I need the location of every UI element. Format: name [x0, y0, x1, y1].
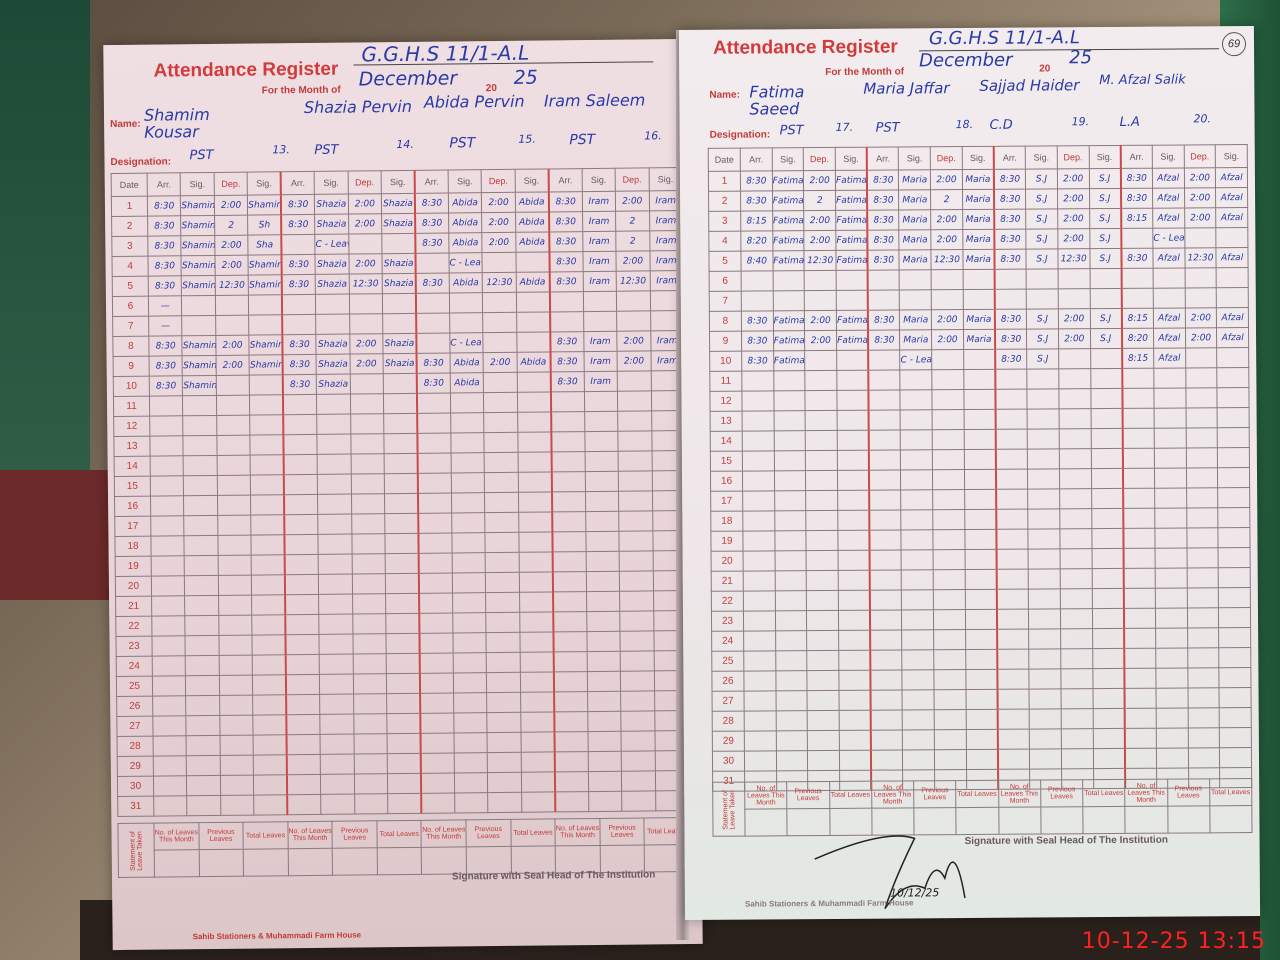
attendance-cell — [966, 729, 998, 749]
attendance-cell — [320, 694, 354, 714]
attendance-cell — [901, 450, 933, 470]
attendance-cell — [871, 710, 903, 730]
attendance-cell — [1154, 388, 1186, 408]
date-cell: 5 — [112, 276, 148, 296]
attendance-cell — [1186, 408, 1218, 428]
attendance-cell — [384, 433, 418, 453]
attendance-cell — [743, 531, 775, 551]
attendance-cell — [776, 691, 808, 711]
attendance-cell — [1187, 548, 1219, 568]
attendance-cell — [488, 752, 522, 772]
attendance-cell — [1219, 668, 1251, 688]
attendance-cell: 2:00 — [348, 194, 382, 214]
date-cell: 28 — [117, 736, 153, 756]
attendance-cell — [744, 711, 776, 731]
attendance-cell — [1187, 568, 1219, 588]
date-cell: 27 — [712, 691, 744, 711]
attendance-cell: Shamim — [182, 355, 216, 375]
attendance-cell — [383, 313, 417, 333]
previous-leaves-label: Previous Leaves — [199, 822, 244, 849]
attendance-cell — [1186, 428, 1218, 448]
attendance-cell — [966, 649, 998, 669]
attendance-cell — [903, 710, 935, 730]
attendance-cell: Shazia — [382, 213, 416, 233]
attendance-cell — [1090, 268, 1122, 288]
attendance-cell — [774, 391, 806, 411]
attendance-cell — [418, 453, 452, 473]
attendance-cell — [838, 470, 870, 490]
attendance-cell — [1058, 289, 1090, 309]
attendance-cell — [352, 554, 386, 574]
attendance-cell — [588, 751, 622, 771]
attendance-cell: 8:30 — [550, 332, 584, 352]
attendance-cell — [320, 714, 354, 734]
staff-sr-no: 17. — [836, 121, 854, 134]
attendance-cell: Shazia — [316, 374, 350, 394]
attendance-cell: 2:00 — [214, 195, 248, 215]
attendance-cell — [287, 794, 321, 814]
attendance-cell — [741, 291, 773, 311]
attendance-cell: 8:30 — [741, 311, 773, 331]
attendance-cell — [251, 535, 285, 555]
attendance-cell — [153, 716, 187, 736]
attendance-cell — [1156, 748, 1188, 768]
attendance-cell: Maria — [963, 249, 995, 269]
attendance-cell — [488, 772, 522, 792]
attendance-cell — [319, 654, 353, 674]
attendance-cell — [485, 552, 519, 572]
attendance-cell — [252, 655, 286, 675]
attendance-cell — [871, 730, 903, 750]
attendance-cell — [1185, 348, 1217, 368]
attendance-cell — [251, 515, 285, 535]
attendance-cell — [775, 591, 807, 611]
leaves-this-month-label: No. of Leaves This Month — [1125, 779, 1167, 806]
attendance-cell — [488, 792, 522, 812]
attendance-cell: 2:00 — [931, 310, 963, 330]
attendance-cell — [871, 670, 903, 690]
date-cell: 11 — [710, 371, 742, 391]
attendance-cell — [1155, 548, 1187, 568]
attendance-cell — [421, 793, 455, 813]
attendance-cell — [588, 771, 622, 791]
attendance-cell: 2:00 — [1185, 328, 1217, 348]
attendance-cell — [152, 656, 186, 676]
attendance-cell — [387, 713, 421, 733]
date-cell: 18 — [711, 511, 743, 531]
attendance-cell — [931, 290, 963, 310]
attendance-cell — [153, 756, 187, 776]
attendance-cell: 8:30 — [867, 210, 899, 230]
attendance-cell — [934, 670, 966, 690]
attendance-cell — [483, 292, 517, 312]
date-cell: 19 — [711, 531, 743, 551]
attendance-cell — [837, 410, 869, 430]
attendance-cell — [1060, 529, 1092, 549]
attendance-cell — [933, 590, 965, 610]
attendance-cell — [286, 654, 320, 674]
date-cell: 4 — [112, 256, 148, 276]
attendance-cell — [622, 771, 656, 791]
attendance-cell — [805, 390, 837, 410]
attendance-cell: 2:00 — [215, 255, 249, 275]
staff-designation: PST — [569, 132, 595, 148]
attendance-cell — [450, 393, 484, 413]
attendance-cell — [317, 454, 351, 474]
attendance-cell — [386, 593, 420, 613]
attendance-cell — [775, 531, 807, 551]
attendance-cell — [620, 651, 654, 671]
attendance-cell — [618, 431, 652, 451]
attendance-cell: 8:30 — [1121, 248, 1153, 268]
attendance-cell — [420, 653, 454, 673]
attendance-cell — [1187, 588, 1219, 608]
attendance-cell: 2:00 — [804, 210, 836, 230]
attendance-cell — [485, 492, 519, 512]
arr-header: Arr. — [867, 147, 899, 170]
attendance-cell: C - Leave — [900, 350, 932, 370]
attendance-cell: Maria — [962, 189, 994, 209]
attendance-cell: Maria — [900, 310, 932, 330]
attendance-cell: 2:00 — [216, 355, 250, 375]
attendance-cell: Shazia — [316, 334, 350, 354]
attendance-cell — [419, 633, 453, 653]
attendance-cell — [1124, 708, 1156, 728]
attendance-cell — [775, 631, 807, 651]
attendance-cell — [617, 311, 651, 331]
attendance-cell: 2:00 — [350, 354, 384, 374]
attendance-cell: 2:00 — [349, 254, 383, 274]
attendance-cell — [870, 650, 902, 670]
attendance-cell — [619, 571, 653, 591]
attendance-cell — [1185, 368, 1217, 388]
attendance-cell: Fatima — [836, 310, 868, 330]
previous-leaves-label: Previous Leaves — [466, 819, 511, 846]
staff-name: Fatima Saeed — [749, 83, 839, 118]
attendance-cell — [420, 673, 454, 693]
date-cell: 25 — [116, 676, 152, 696]
attendance-cell: Abida — [448, 193, 482, 213]
attendance-cell — [184, 495, 218, 515]
attendance-cell — [932, 370, 964, 390]
attendance-cell — [317, 394, 351, 414]
attendance-cell — [1092, 648, 1124, 668]
attendance-cell: 8:30 — [149, 336, 183, 356]
attendance-cell — [964, 409, 996, 429]
attendance-cell — [385, 513, 419, 533]
attendance-cell — [386, 673, 420, 693]
attendance-cell — [998, 689, 1030, 709]
attendance-cell — [1027, 429, 1059, 449]
attendance-cell — [583, 311, 617, 331]
attendance-cell — [150, 476, 184, 496]
staff-name: M. Afzal Salik — [1099, 72, 1199, 89]
attendance-cell — [807, 610, 839, 630]
attendance-cell — [998, 729, 1030, 749]
attendance-cell — [585, 451, 619, 471]
attendance-cell — [151, 556, 185, 576]
attendance-cell — [1091, 528, 1123, 548]
attendance-cell — [900, 290, 932, 310]
attendance-cell — [621, 691, 655, 711]
staff-designation: PST — [314, 143, 338, 158]
attendance-cell: 2:00 — [804, 230, 836, 250]
attendance-cell — [837, 350, 869, 370]
attendance-cell — [282, 234, 316, 254]
attendance-cell — [154, 796, 188, 816]
attendance-cell — [354, 734, 388, 754]
attendance-cell — [320, 754, 354, 774]
date-cell: 8 — [113, 336, 149, 356]
attendance-cell — [186, 695, 220, 715]
dep-header: Dep. — [481, 169, 515, 192]
attendance-cell — [774, 411, 806, 431]
attendance-cell: C - Leave — [315, 234, 349, 254]
designation-label: Designation: — [110, 156, 171, 168]
attendance-cell — [253, 695, 287, 715]
attendance-cell — [932, 410, 964, 430]
attendance-cell — [1155, 608, 1187, 628]
attendance-cell — [217, 475, 251, 495]
attendance-cell — [417, 393, 451, 413]
attendance-cell: 8:30 — [549, 192, 583, 212]
attendance-cell: 2 — [214, 215, 248, 235]
attendance-cell: Afzal — [1216, 248, 1248, 268]
attendance-cell — [1027, 409, 1059, 429]
attendance-cell — [1156, 728, 1188, 748]
attendance-cell — [805, 350, 837, 370]
attendance-cell: 2:00 — [805, 330, 837, 350]
attendance-cell — [744, 631, 776, 651]
designation-label: Designation: — [710, 129, 771, 140]
attendance-cell — [1123, 468, 1155, 488]
attendance-cell — [1091, 408, 1123, 428]
attendance-cell — [807, 690, 839, 710]
attendance-cell: Shazia — [316, 354, 350, 374]
attendance-cell — [1218, 428, 1250, 448]
attendance-cell — [184, 475, 218, 495]
attendance-cell: Sha — [248, 235, 282, 255]
attendance-cell — [1090, 388, 1122, 408]
attendance-cell — [586, 611, 620, 631]
attendance-cell — [1059, 429, 1091, 449]
attendance-cell — [454, 713, 488, 733]
leaves-this-month-label: No. of Leaves This Month — [745, 782, 787, 809]
attendance-cell — [352, 534, 386, 554]
attendance-cell — [520, 692, 554, 712]
total-leaves-label: Total Leaves — [1083, 779, 1125, 806]
attendance-cell: 8:30 — [549, 212, 583, 232]
attendance-cell — [903, 730, 935, 750]
attendance-cell — [253, 715, 287, 735]
date-cell: 31 — [118, 796, 154, 816]
attendance-cell: 8:15 — [1121, 208, 1153, 228]
date-cell: 12 — [710, 391, 742, 411]
arr-header: Arr. — [281, 171, 315, 194]
attendance-cell — [1122, 428, 1154, 448]
attendance-cell — [868, 270, 900, 290]
attendance-cell — [151, 516, 185, 536]
attendance-cell — [1061, 749, 1093, 769]
attendance-cell — [385, 533, 419, 553]
attendance-cell: 2:00 — [483, 352, 517, 372]
attendance-cell: Abida — [515, 212, 549, 232]
sig-header: Sig. — [1089, 145, 1121, 168]
attendance-cell — [420, 713, 454, 733]
attendance-cell — [283, 394, 317, 414]
attendance-cell: 12:30 — [215, 275, 249, 295]
attendance-cell: 8:30 — [149, 356, 183, 376]
attendance-cell: Abida — [450, 353, 484, 373]
attendance-cell — [774, 451, 806, 471]
attendance-cell — [1124, 668, 1156, 688]
staff-designation: L.A — [1120, 115, 1140, 130]
attendance-cell — [806, 510, 838, 530]
staff-designation: PST — [189, 148, 213, 163]
sig-header: Sig. — [515, 169, 549, 192]
attendance-cell — [484, 392, 518, 412]
attendance-cell: 8:30 — [416, 273, 450, 293]
total-leaves-label: Total Leaves — [956, 780, 998, 807]
date-cell: 28 — [712, 711, 744, 731]
attendance-cell — [1093, 748, 1125, 768]
attendance-cell — [182, 315, 216, 335]
attendance-cell — [1026, 289, 1058, 309]
attendance-cell — [1122, 368, 1154, 388]
attendance-cell — [319, 614, 353, 634]
attendance-cell: 8:30 — [415, 193, 449, 213]
date-header: Date — [111, 173, 147, 196]
attendance-cell — [1188, 748, 1220, 768]
attendance-cell — [869, 470, 901, 490]
attendance-cell — [587, 671, 621, 691]
attendance-cell — [454, 773, 488, 793]
attendance-cell — [1123, 488, 1155, 508]
staff-sr-no: 16. — [644, 129, 662, 142]
attendance-cell — [997, 629, 1029, 649]
attendance-cell — [382, 293, 416, 313]
attendance-cell: Shamim — [248, 195, 282, 215]
attendance-cell: 8:20 — [1122, 328, 1154, 348]
sig-header: Sig. — [448, 170, 482, 193]
attendance-cell — [964, 369, 996, 389]
attendance-cell — [773, 371, 805, 391]
staff-name: Shamim Kousar — [144, 106, 234, 141]
attendance-cell: Shamim — [181, 195, 215, 215]
attendance-cell — [1218, 488, 1250, 508]
attendance-cell — [1216, 268, 1248, 288]
attendance-cell — [252, 595, 286, 615]
attendance-cell: Afzal — [1216, 168, 1248, 188]
attendance-cell — [186, 655, 220, 675]
year-value: 25 — [514, 67, 538, 89]
attendance-cell: 8:30 — [282, 254, 316, 274]
attendance-cell: 8:30 — [549, 272, 583, 292]
attendance-cell: Fatima — [773, 331, 805, 351]
attendance-cell: Shazia — [381, 193, 415, 213]
attendance-cell — [183, 415, 217, 435]
attendance-cell — [150, 456, 184, 476]
attendance-cell — [743, 611, 775, 631]
attendance-cell — [285, 574, 319, 594]
attendance-cell — [348, 234, 382, 254]
attendance-cell — [421, 733, 455, 753]
attendance-cell — [420, 693, 454, 713]
date-cell: 17 — [711, 491, 743, 511]
date-cell: 7 — [113, 316, 149, 336]
attendance-cell: Iram — [583, 271, 617, 291]
attendance-cell: 8:30 — [283, 354, 317, 374]
attendance-cell — [149, 396, 183, 416]
attendance-cell: 8:15 — [741, 211, 773, 231]
attendance-cell — [219, 635, 253, 655]
attendance-cell — [184, 535, 218, 555]
date-cell: 26 — [712, 671, 744, 691]
attendance-cell — [1029, 689, 1061, 709]
attendance-cell — [454, 753, 488, 773]
attendance-cell — [521, 752, 555, 772]
attendance-cell — [487, 652, 521, 672]
date-cell: 15 — [114, 476, 150, 496]
attendance-cell — [520, 652, 554, 672]
staff-designation: PST — [780, 123, 804, 138]
attendance-cell — [320, 674, 354, 694]
attendance-cell — [286, 634, 320, 654]
attendance-cell — [284, 494, 318, 514]
attendance-cell — [1218, 468, 1250, 488]
attendance-cell — [384, 453, 418, 473]
attendance-cell: Maria — [899, 210, 931, 230]
attendance-cell — [1029, 649, 1061, 669]
attendance-cell — [996, 449, 1028, 469]
attendance-cell — [838, 590, 870, 610]
date-cell: 6 — [112, 296, 148, 316]
attendance-cell: 8:30 — [994, 249, 1026, 269]
attendance-cell — [1187, 648, 1219, 668]
attendance-cell — [1154, 408, 1186, 428]
dep-header: Dep. — [804, 147, 836, 170]
attendance-cell: Maria — [899, 190, 931, 210]
attendance-cell: 2:00 — [1057, 169, 1089, 189]
attendance-cell — [997, 609, 1029, 629]
attendance-cell: Shazia — [315, 194, 349, 214]
attendance-cell: 8:40 — [741, 251, 773, 271]
arr-header: Arr. — [994, 146, 1026, 169]
attendance-cell — [1124, 628, 1156, 648]
attendance-cell — [1153, 288, 1185, 308]
attendance-cell — [318, 554, 352, 574]
attendance-cell — [1218, 448, 1250, 468]
attendance-cell: 8:30 — [415, 233, 449, 253]
date-cell: 20 — [711, 551, 743, 571]
attendance-cell — [1155, 528, 1187, 548]
attendance-cell — [151, 536, 185, 556]
attendance-cell — [587, 691, 621, 711]
attendance-cell — [871, 690, 903, 710]
attendance-cell — [418, 493, 452, 513]
month-label: For the Month of — [825, 66, 904, 78]
attendance-cell — [1060, 569, 1092, 589]
sig-header: Sig. — [582, 168, 616, 191]
date-cell: 4 — [709, 231, 741, 251]
date-cell: 2 — [709, 191, 741, 211]
attendance-cell — [1028, 509, 1060, 529]
leaves-this-month-label: No. of Leaves This Month — [555, 818, 600, 845]
attendance-cell — [996, 489, 1028, 509]
sig-header: Sig. — [381, 170, 415, 193]
attendance-cell: — — [149, 316, 183, 336]
register-title: Attendance Register — [153, 59, 338, 83]
